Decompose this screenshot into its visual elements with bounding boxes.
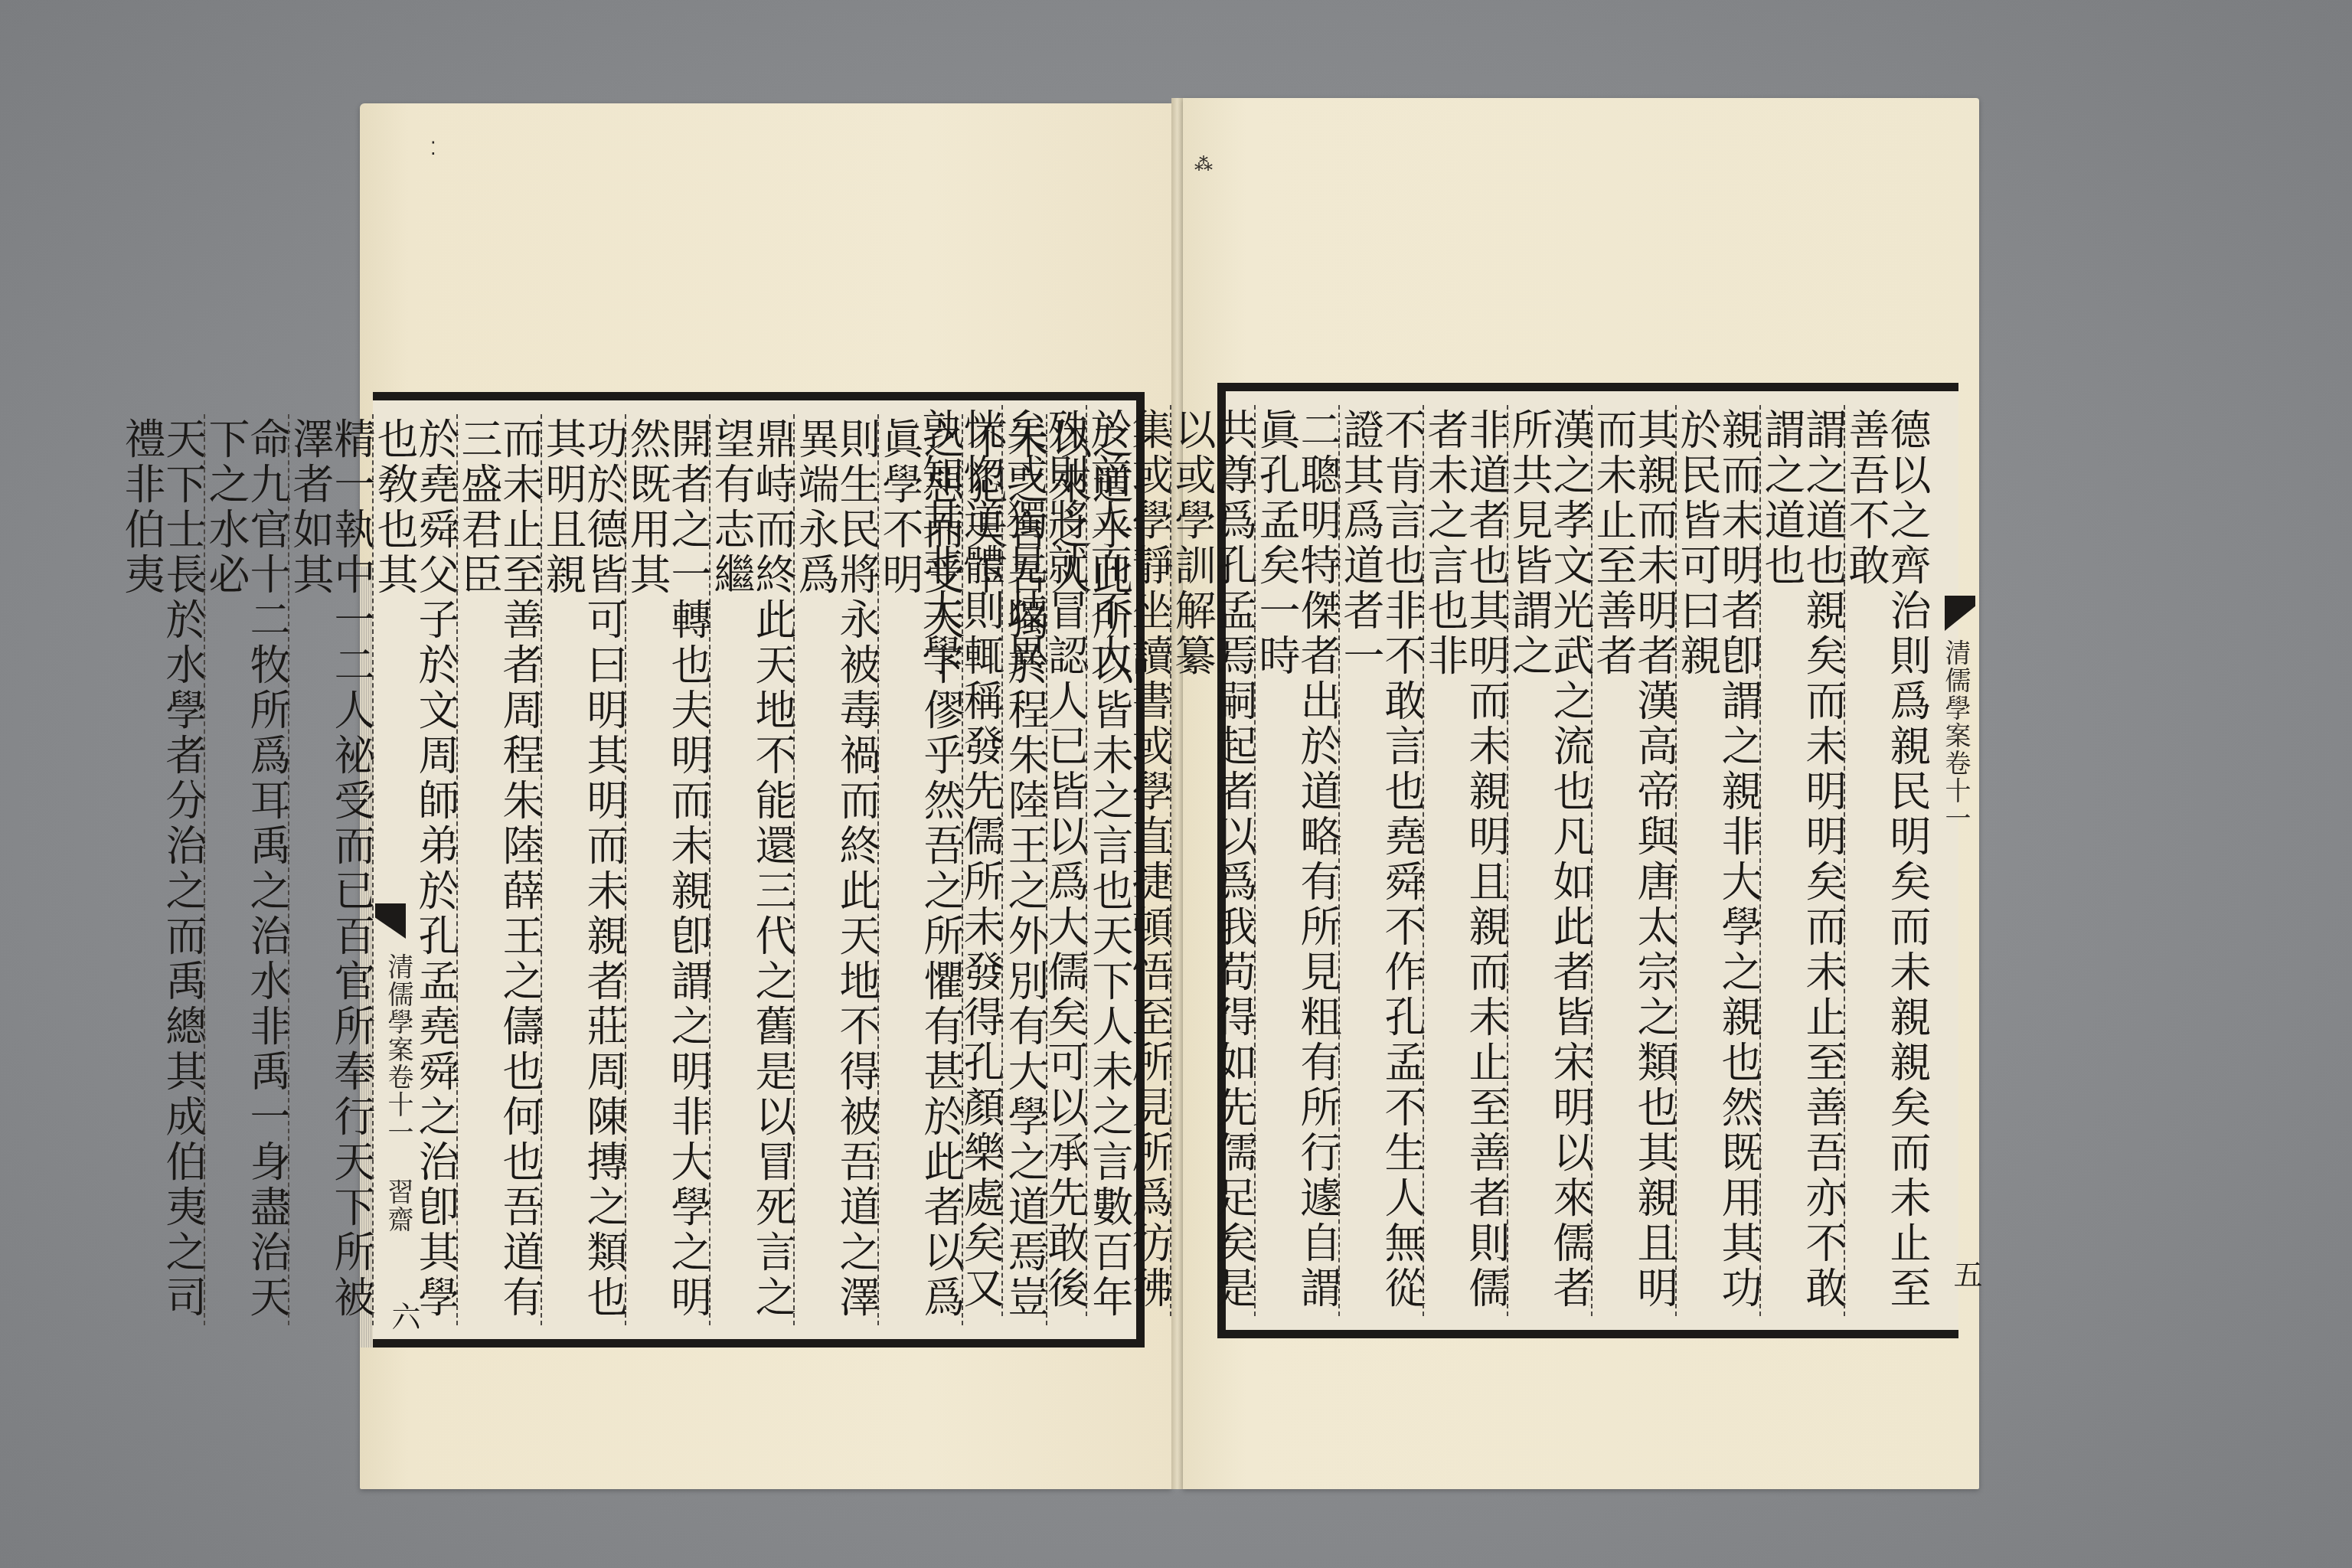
right-text-frame: 德以之齊治則爲親民明矣而未親親矣而未止至善吾不敢 謂之道也親矣而未明明矣而未止至… — [1217, 383, 1958, 1338]
text-column: 天下士長於水學者分治之而禹總其成伯夷之司禮非伯夷 — [121, 414, 204, 1325]
ink-speck: ⁂ — [1194, 153, 1213, 175]
text-column: 開者之一轉也夫明而未親卽謂之明非大學之明然既用其 — [625, 414, 709, 1325]
text-column: 謂之道也親矣而未明明矣而未止至善吾亦不敢謂之道也 — [1759, 405, 1844, 1316]
text-column: 非道者也其明而未親明且親而未止至善者則儒者未之言也非 — [1423, 405, 1507, 1316]
right-page-number: 五 — [1945, 1259, 1987, 1289]
text-column: 其親而未明者漢高帝與唐太宗之類也其親且明而未止至善者 — [1591, 405, 1675, 1316]
text-column: 共尊爲孔孟焉嗣起者以爲我苟得如先儒足矣是以或學訓解纂 — [1170, 405, 1254, 1316]
text-column: 則生民將永被毒禍而終此天地不得被吾道之澤異端永爲 — [793, 414, 877, 1325]
ink-speck: ⁚ — [430, 138, 436, 159]
left-page-number: 六 — [383, 1302, 425, 1331]
text-column: 精一執中一二人祕受而已百官所奉行天下所被澤者如其 — [288, 414, 372, 1325]
left-margin-title: 清儒學案卷十一 習齋 — [380, 953, 417, 1233]
text-column: 恍惚道體則輒稱發先儒所未發得孔顏樂處矣又孰知其非大學 — [919, 405, 1001, 1316]
text-column: 集或學靜坐讀書或學直捷頓悟至所見所爲彷彿於前人而不大 — [1086, 405, 1170, 1316]
text-column: 鼎峙而終此天地不能還三代之舊是以冒死言之望有志繼 — [709, 414, 793, 1325]
text-column: 漢之孝文光武之流也凡如此者皆宋明以來儒者所共見皆謂之 — [1507, 405, 1591, 1316]
text-column: 殊則將就冒認人已皆以爲大儒矣可以承先敢後矣或獨見歧異 — [1001, 405, 1086, 1316]
text-column: 命九官十二牧所爲耳禹之治水非禹一身盡治天下之水必 — [204, 414, 288, 1325]
text-column: 功於德皆可曰明其明而未親者莊周陳摶之類也其明且親 — [541, 414, 625, 1325]
text-column: 德以之齊治則爲親民明矣而未親親矣而未止至善吾不敢 — [1844, 405, 1928, 1316]
text-column: 二聰明特傑者出於道略有所見粗有所行遽自謂眞孔孟矣一時 — [1254, 405, 1338, 1316]
right-text-columns: 德以之齊治則爲親民明矣而未親親矣而未止至善吾不敢 謂之道也親矣而未明明矣而未止至… — [1232, 405, 1928, 1316]
text-column: 親而未明者卽謂之親非大學之親也然既用其功於民皆可曰親 — [1675, 405, 1759, 1316]
text-column: 不肯言也非不敢言也堯舜不作孔孟不生人無從證其爲道者一 — [1338, 405, 1423, 1316]
right-margin-title: 清儒學案卷十一 — [1937, 639, 1975, 832]
text-column: 而未止至善者周程朱陸薛王之儔也何也吾道有三盛君臣 — [456, 414, 541, 1325]
